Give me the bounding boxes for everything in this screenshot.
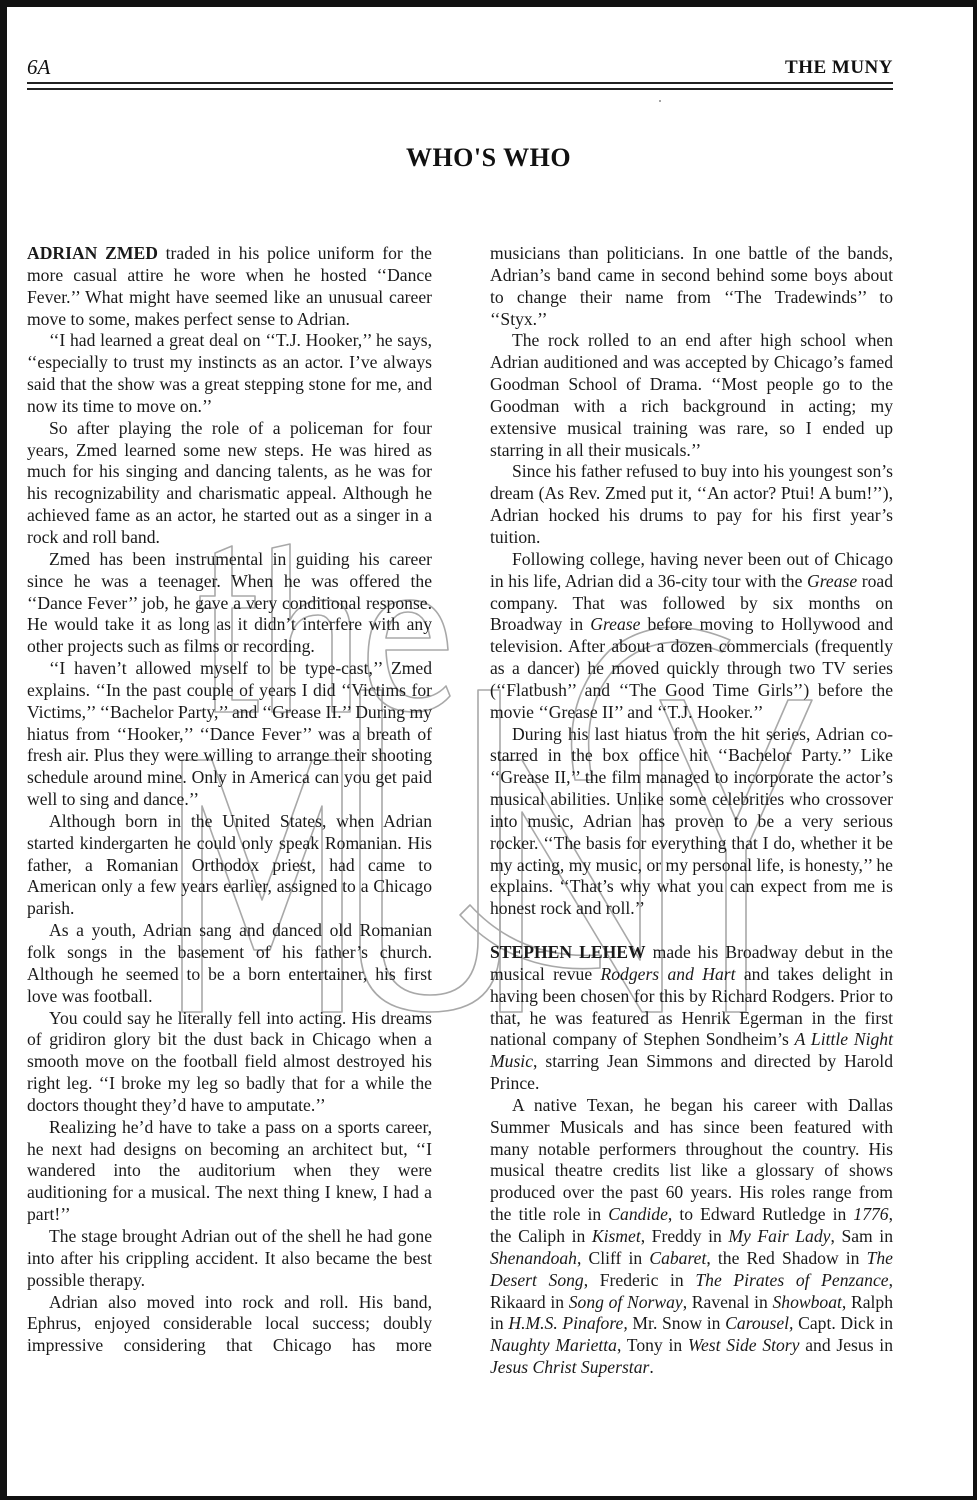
article-paragraph: The rock rolled to an end after high sch… — [490, 330, 893, 461]
article-column-left: ADRIAN ZMED traded in his police uniform… — [27, 243, 432, 1357]
article-paragraph-continued: musicians than politicians. In one battl… — [490, 243, 893, 330]
article-paragraph: Adrian also moved into rock and roll. Hi… — [27, 1292, 432, 1358]
article-paragraph: Following college, having never been out… — [490, 549, 893, 724]
scan-speck — [659, 100, 661, 102]
page-number: 6A — [27, 55, 50, 80]
article-paragraph: STEPHEN LEHEW made his Broadway debut in… — [490, 942, 893, 1095]
header-rule-bottom — [27, 88, 893, 90]
section-title: WHO'S WHO — [0, 143, 977, 173]
article-paragraph: Zmed has been instrumental in guiding hi… — [27, 549, 432, 658]
performer-name: ADRIAN ZMED — [27, 243, 158, 263]
page-header: 6A THE MUNY — [27, 55, 893, 85]
article-paragraph: You could say he literally fell into act… — [27, 1008, 432, 1117]
publication-title: THE MUNY — [785, 57, 893, 79]
article-column-right: musicians than politicians. In one battl… — [490, 243, 893, 1379]
article-paragraph: The stage brought Adrian out of the shel… — [27, 1226, 432, 1292]
header-rule-top — [27, 82, 893, 84]
article-paragraph: ‘‘I haven’t allowed myself to be type-ca… — [27, 658, 432, 811]
article-paragraph: A native Texan, he began his career with… — [490, 1095, 893, 1379]
article-paragraph: So after playing the role of a policeman… — [27, 418, 432, 549]
performer-name: STEPHEN LEHEW — [490, 942, 646, 962]
article-paragraph: ADRIAN ZMED traded in his police uniform… — [27, 243, 432, 330]
article-paragraph: ‘‘I had learned a great deal on ‘‘T.J. H… — [27, 330, 432, 417]
article-paragraph: As a youth, Adrian sang and danced old R… — [27, 920, 432, 1007]
article-paragraph: During his last hiatus from the hit seri… — [490, 724, 893, 921]
article-paragraph: Although born in the United States, when… — [27, 811, 432, 920]
article-paragraph: Since his father refused to buy into his… — [490, 461, 893, 548]
article-paragraph: Realizing he’d have to take a pass on a … — [27, 1117, 432, 1226]
